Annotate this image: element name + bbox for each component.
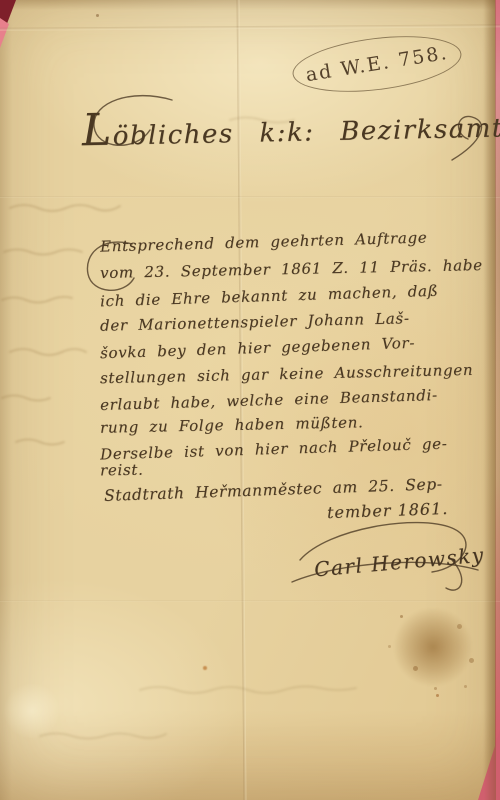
foxing-spot	[436, 694, 439, 697]
horizontal-fold-crease-lower	[0, 600, 500, 602]
foxing-spot	[203, 666, 207, 670]
ink-stain	[394, 608, 472, 686]
light-patch	[2, 684, 62, 738]
stain-speckles	[400, 615, 403, 618]
letter-photo: ad W.E. 758. Löbliches k:k: Bezirksamt! …	[0, 0, 500, 800]
body-line: reist.	[100, 461, 144, 480]
foxing-spot	[96, 14, 99, 17]
horizontal-fold-crease-middle	[0, 196, 500, 198]
